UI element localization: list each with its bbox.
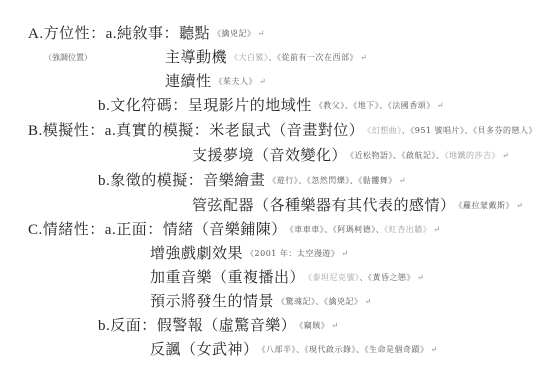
item-text: 支援夢境（音效變化） (192, 146, 347, 164)
return-mark-icon: ↵ (516, 201, 523, 210)
section-prefix: A. (28, 26, 44, 42)
line-c-b: b.反面：假警報（虛驚音樂）《竊賊》↵ (98, 314, 338, 336)
item-text: 音樂繪畫 (203, 171, 265, 189)
sub-prefix: b. (98, 98, 110, 114)
film-note: 《教父》、《地下》、《法國香頌》 (315, 101, 435, 110)
return-mark-icon: ↵ (431, 345, 438, 354)
item-text: 米老鼠式（音畫對位） (209, 121, 364, 139)
sub-label: 反面： (110, 316, 157, 334)
item-text: 反諷（女武神） (150, 340, 259, 358)
film-note: 《2001 年：太空漫遊》 (246, 249, 339, 258)
return-mark-icon: ↵ (258, 29, 265, 38)
film-note: 《大白鯊》、《從前有一次在西部》 (230, 53, 358, 62)
film-note: 《近松物語》、《啟航記》、《地鐵的莎吉》 (350, 151, 500, 160)
item-text: 加重音樂（重複播出） (150, 268, 305, 286)
sub-label: 文化符碼： (110, 96, 188, 114)
sub-label: 象徵的模擬： (110, 171, 203, 189)
line-b-title: B.模擬性：a.真實的模擬：米老鼠式（音畫對位）《幻想曲》、《951 號唱片》、… (28, 119, 540, 141)
film-note: 《八部半》、《現代啟示錄》、《生命是個奇蹟》 (262, 345, 429, 354)
item-text: 管弦配器（各種樂器有其代表的感情） (192, 196, 456, 214)
item-text: 預示將發生的情景 (150, 292, 274, 310)
film-note: 《驚魂記》、《擒兇記》 (277, 297, 363, 306)
return-mark-icon: ↵ (360, 53, 367, 62)
section-prefix: B. (28, 123, 43, 139)
item-text: 連續性 (165, 72, 212, 90)
item-text: 假警報（虛驚音樂） (157, 316, 297, 334)
line-c-item-3: 預示將發生的情景《驚魂記》、《擒兇記》↵ (150, 290, 372, 312)
return-mark-icon: ↵ (433, 225, 440, 234)
section-prefix: C. (28, 222, 43, 238)
film-note: 《泰坦尼克號》、《黃昏之戀》 (308, 273, 415, 282)
sub-label: 純敘事： (117, 24, 179, 42)
line-b-b-item-1: 管弦配器（各種樂器有其代表的感情）《蘿拉蒙戴斯》↵ (192, 194, 523, 216)
item-text: 增強戲劇效果 (150, 244, 243, 262)
line-c-item-1: 增強戲劇效果《2001 年：太空漫遊》↵ (150, 242, 349, 264)
film-note: 《擒兇記》 (213, 29, 256, 38)
sub-prefix: a. (105, 222, 116, 238)
line-c-b-item-1: 反諷（女武神）《八部半》、《現代啟示錄》、《生命是個奇蹟》↵ (150, 338, 438, 360)
line-a-b: b.文化符碼：呈現影片的地域性《教父》、《地下》、《法國香頌》↵ (98, 94, 444, 116)
return-mark-icon: ↵ (331, 321, 338, 330)
section-label: 情緒性： (43, 220, 105, 238)
return-mark-icon: ↵ (399, 176, 406, 185)
sub-label: 正面： (116, 220, 163, 238)
line-b-item-1: 支援夢境（音效變化）《近松物語》、《啟航記》、《地鐵的莎吉》↵ (192, 144, 509, 166)
sub-prefix: a. (105, 123, 116, 139)
line-c-title: C.情緒性：a.正面：情緒（音樂鋪陳）《車車車》、《阿瑪柯德》、《紅杏出牆》↵ (28, 218, 440, 240)
film-note: 《茱夫人》 (215, 77, 258, 86)
film-note: 《幻想曲》、《951 號唱片》、《貝多芬的戀人》 (367, 126, 537, 135)
return-mark-icon: ↵ (365, 297, 372, 306)
return-mark-icon: ↵ (341, 249, 348, 258)
sub-prefix: b. (98, 318, 110, 334)
sub-label: 真實的模擬： (116, 121, 209, 139)
line-a-item-1: 主導動機《大白鯊》、《從前有一次在西部》↵ (165, 46, 367, 68)
item-text: 聽點 (179, 24, 210, 42)
film-note: 《遊行》、《忽然閃爍》、《骷髏舞》 (268, 176, 397, 185)
item-text: 主導動機 (165, 48, 227, 66)
return-mark-icon: ↵ (417, 273, 424, 282)
section-label: 方位性： (44, 24, 106, 42)
sub-prefix: a. (106, 26, 117, 42)
film-note: 《竊賊》 (299, 321, 329, 330)
return-mark-icon: ↵ (437, 101, 444, 110)
item-text: 呈現影片的地域性 (188, 96, 312, 114)
line-a-title: A.方位性：a.純敘事：聽點《擒兇記》↵ (28, 22, 265, 44)
section-label: 模擬性： (43, 121, 105, 139)
side-note: （強調位置） (44, 47, 92, 69)
film-note: 《蘿拉蒙戴斯》 (459, 201, 515, 210)
item-text: 情緒（音樂鋪陳） (163, 220, 287, 238)
sub-prefix: b. (98, 173, 110, 189)
line-b-b: b.象徵的模擬：音樂繪畫《遊行》、《忽然閃爍》、《骷髏舞》↵ (98, 169, 406, 191)
return-mark-icon: ↵ (502, 151, 509, 160)
line-c-item-2: 加重音樂（重複播出）《泰坦尼克號》、《黃昏之戀》↵ (150, 266, 424, 288)
return-mark-icon: ↵ (259, 77, 266, 86)
line-a-item-2: 連續性《茱夫人》↵ (165, 70, 266, 92)
film-note: 《車車車》、《阿瑪柯德》、《紅杏出牆》 (290, 225, 432, 234)
